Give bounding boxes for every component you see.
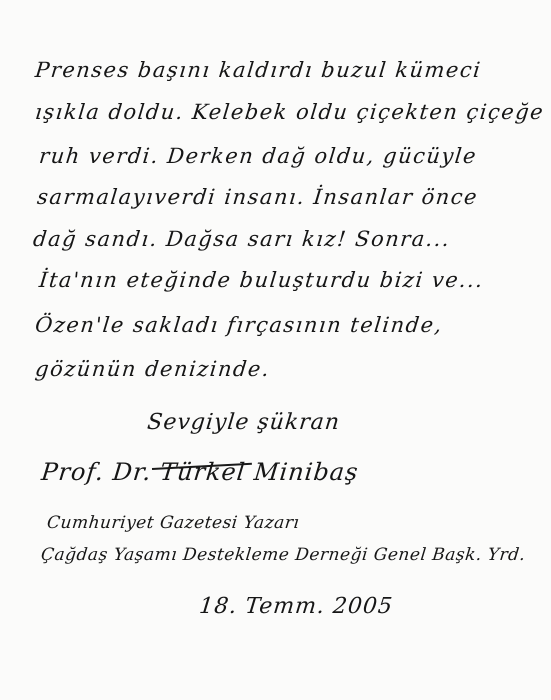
author-signature: Prof. Dr. Türkel Minibaş bbox=[40, 458, 360, 486]
letter-line-8: gözünün denizinde. bbox=[34, 357, 271, 381]
letter-line-2: ışıkla doldu. Kelebek oldu çiçekten çiçe… bbox=[34, 100, 545, 124]
scanned-handwritten-letter: Prenses başını kaldırdı buzul kümeci ışı… bbox=[0, 0, 551, 700]
letter-line-3: ruh verdi. Derken dağ oldu, gücüyle bbox=[38, 144, 478, 168]
letter-date: 18. Temm. 2005 bbox=[198, 594, 394, 619]
closing-salutation: Sevgiyle şükran bbox=[146, 410, 341, 435]
letter-line-5: dağ sandı. Dağsa sarı kız! Sonra... bbox=[32, 227, 452, 251]
letter-line-1: Prenses başını kaldırdı buzul kümeci bbox=[34, 58, 483, 82]
letter-line-7: Özen'le sakladı fırçasının telinde, bbox=[34, 313, 444, 337]
letter-line-4: sarmalayıverdi insanı. İnsanlar önce bbox=[36, 185, 479, 209]
author-title-2: Çağdaş Yaşamı Destekleme Derneği Genel B… bbox=[40, 545, 526, 565]
author-title-1: Cumhuriyet Gazetesi Yazarı bbox=[46, 513, 300, 533]
letter-line-6: İta'nın eteğinde buluşturdu bizi ve... bbox=[38, 268, 485, 292]
